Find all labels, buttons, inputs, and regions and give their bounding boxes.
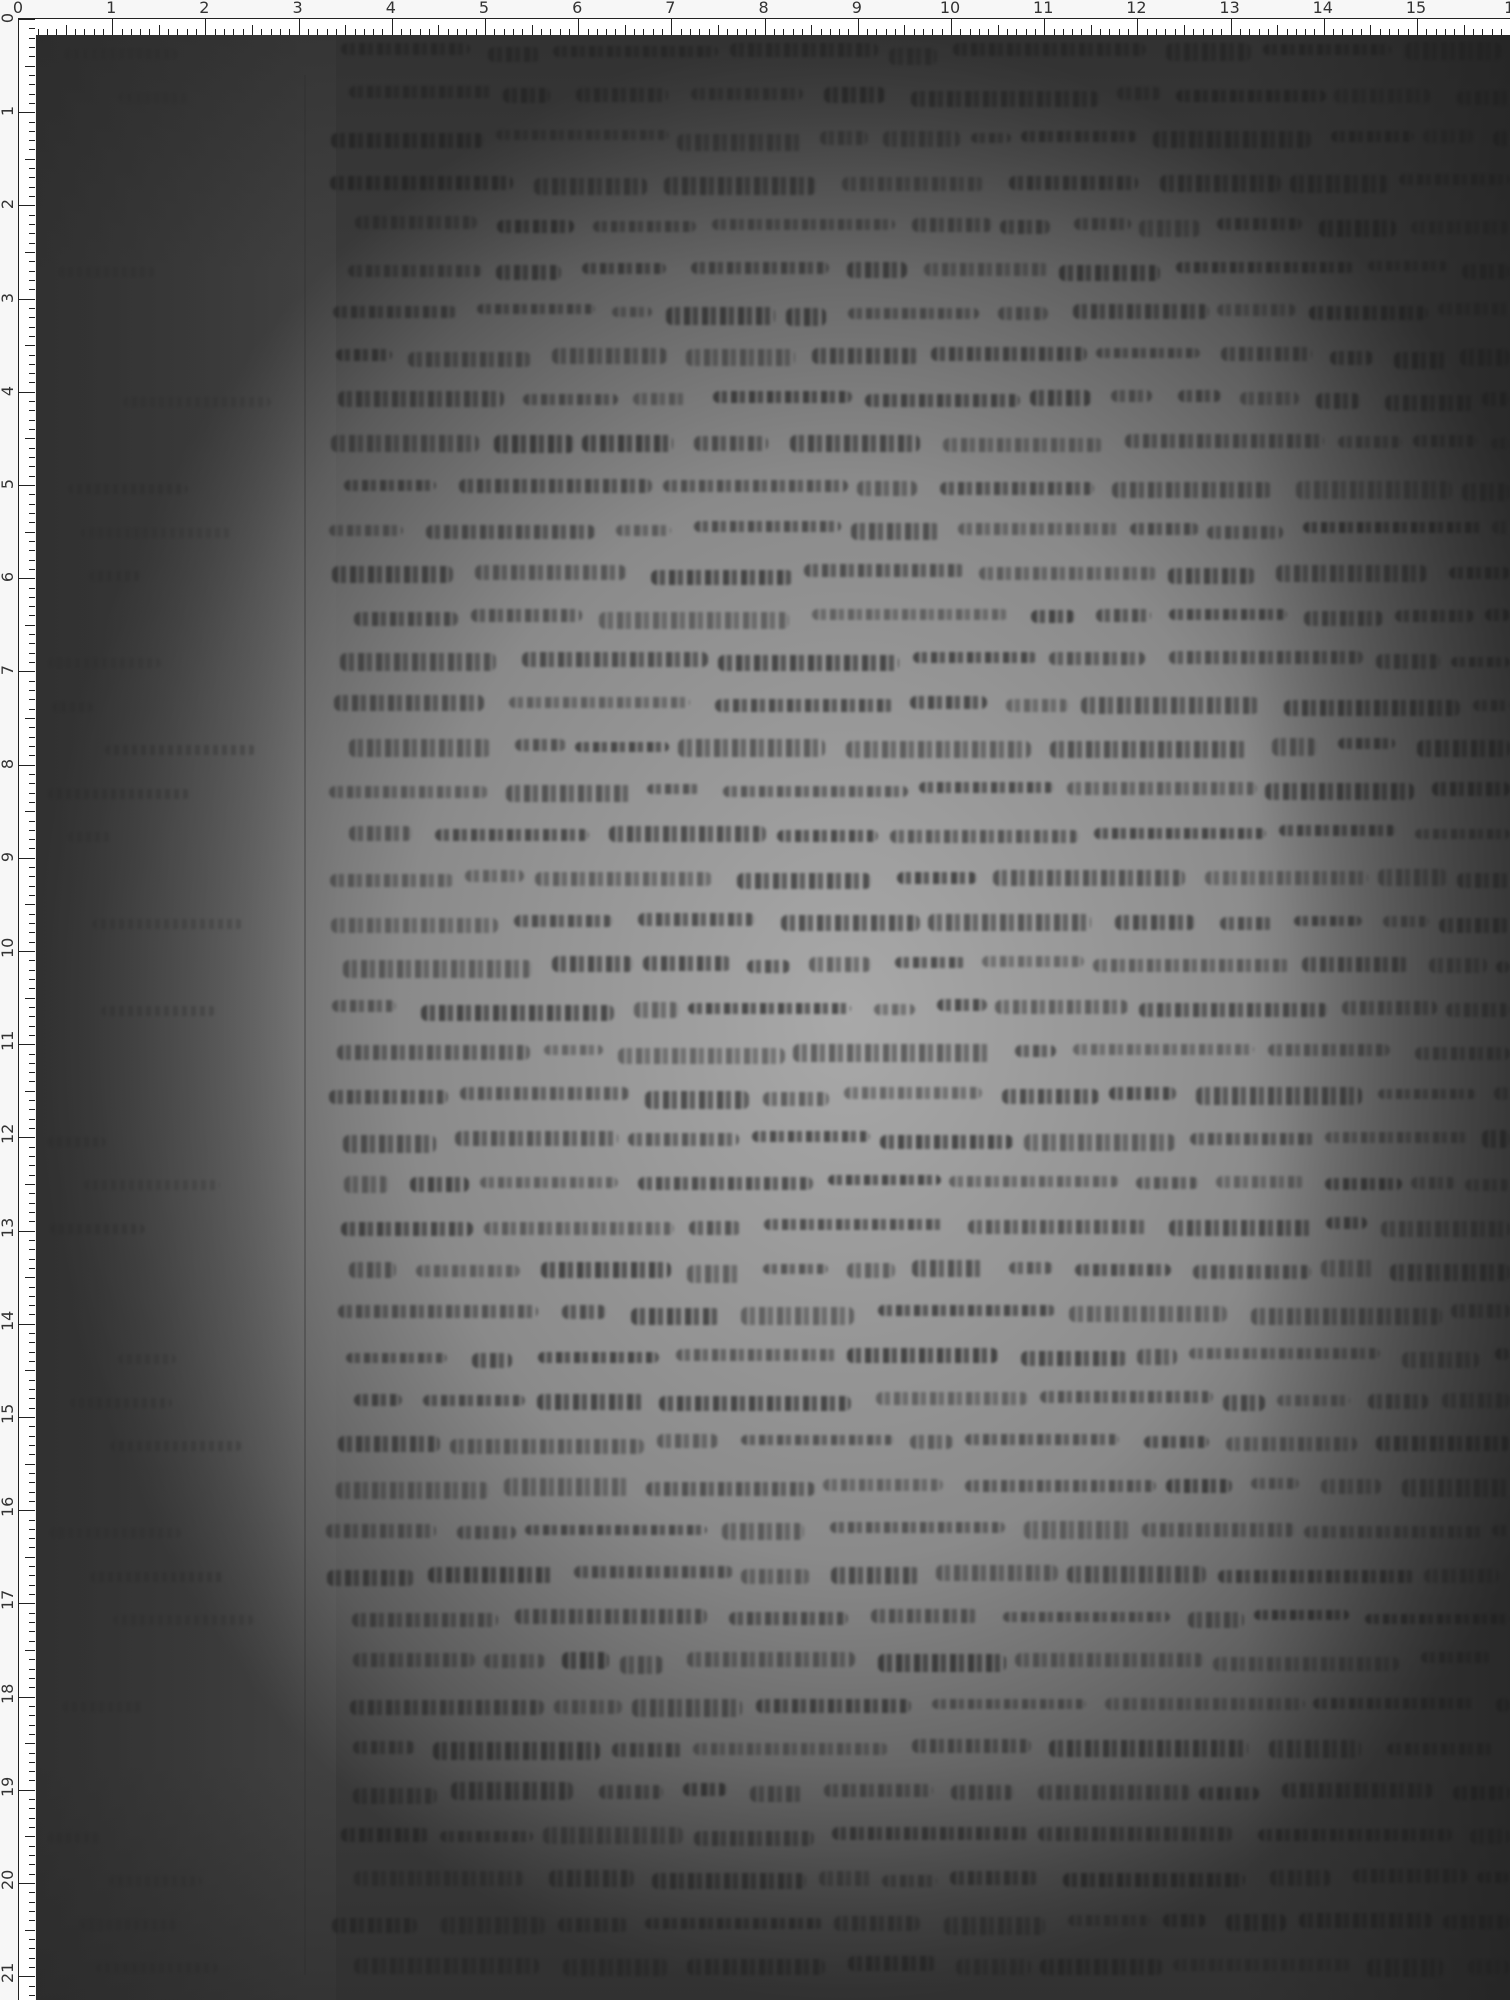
- ruler-tick: [25, 998, 35, 999]
- handwritten-word: [1491, 438, 1510, 449]
- handwritten-word: [1169, 651, 1364, 664]
- ruler-label: 11: [0, 1035, 16, 1051]
- handwritten-word: [718, 655, 899, 671]
- ruler-tick: [1464, 25, 1465, 35]
- handwritten-word: [1477, 1872, 1510, 1883]
- ruler-tick: [29, 1734, 35, 1735]
- handwritten-word: [1002, 1089, 1099, 1103]
- handwritten-word: [928, 914, 1092, 930]
- margin-annotation: [123, 397, 270, 407]
- handwritten-word: [857, 481, 917, 496]
- handwritten-word: [756, 1699, 911, 1713]
- handwritten-word: [936, 1565, 1057, 1581]
- handwritten-word: [1457, 873, 1510, 888]
- handwritten-word: [809, 957, 871, 972]
- ruler-tick: [29, 1128, 35, 1129]
- handwritten-word: [1188, 1612, 1244, 1627]
- handwritten-word: [1139, 220, 1199, 237]
- ruler-tick: [29, 932, 35, 933]
- handwritten-word: [1405, 42, 1501, 59]
- margin-annotation: [50, 1528, 181, 1538]
- handwritten-word: [687, 1652, 855, 1667]
- ruler-tick: [19, 1044, 35, 1045]
- ruler-tick: [29, 289, 35, 290]
- ruler-label: 13: [1219, 0, 1239, 16]
- handwritten-word: [1330, 351, 1373, 364]
- ruler-tick: [25, 1836, 35, 1837]
- handwritten-word: [1277, 1395, 1350, 1407]
- ruler-tick: [29, 634, 35, 635]
- ruler-tick: [29, 886, 35, 887]
- ruler-tick: [29, 364, 35, 365]
- handwritten-word: [593, 221, 696, 232]
- handwritten-word: [459, 479, 652, 493]
- handwritten-word: [1387, 1743, 1494, 1755]
- handwritten-word: [824, 1784, 932, 1797]
- handwritten-word: [1439, 918, 1510, 933]
- handwritten-word: [1221, 347, 1312, 361]
- ruler-tick: [345, 25, 346, 35]
- handwritten-word: [1442, 1393, 1510, 1408]
- ruler-tick: [29, 280, 35, 281]
- handwritten-word: [1342, 1001, 1437, 1015]
- handwritten-word: [326, 1524, 436, 1538]
- handwritten-word: [910, 1435, 953, 1449]
- handwritten-word: [1021, 131, 1137, 141]
- handwritten-word: [895, 957, 966, 968]
- handwritten-word: [1196, 1087, 1361, 1105]
- handwritten-word: [329, 1090, 447, 1104]
- handwritten-word: [620, 1656, 663, 1674]
- handwritten-word: [646, 1482, 814, 1496]
- handwritten-word: [488, 47, 541, 62]
- handwritten-word: [1263, 44, 1391, 55]
- handwritten-word: [633, 393, 687, 405]
- ruler-label: 15: [1406, 0, 1426, 16]
- handwritten-word: [965, 1480, 1156, 1492]
- ruler-tick: [29, 401, 35, 402]
- handwritten-word: [1482, 1130, 1510, 1147]
- handwritten-word: [515, 1609, 707, 1624]
- ruler-tick: [29, 727, 35, 728]
- handwritten-word: [1205, 871, 1367, 885]
- handwritten-word: [416, 1265, 520, 1277]
- handwritten-word: [1453, 1786, 1510, 1800]
- handwritten-word: [871, 1609, 978, 1622]
- handwritten-word: [1015, 1653, 1204, 1666]
- handwritten-word: [353, 1741, 415, 1753]
- handwritten-word: [1240, 392, 1299, 406]
- ruler-label: 10: [940, 0, 960, 16]
- handwritten-word: [331, 918, 497, 933]
- handwritten-word: [1166, 1479, 1232, 1493]
- handwritten-word: [730, 43, 878, 57]
- ruler-tick: [904, 25, 905, 35]
- handwritten-word: [1111, 390, 1152, 401]
- handwritten-word: [1049, 652, 1145, 665]
- handwritten-word: [1325, 1132, 1468, 1143]
- ruler-tick: [29, 1109, 35, 1110]
- ruler-tick: [29, 839, 35, 840]
- handwritten-word: [1411, 1177, 1456, 1189]
- ruler-tick: [1324, 19, 1325, 35]
- handwritten-word: [1153, 131, 1311, 148]
- handwritten-word: [659, 1396, 851, 1411]
- ruler-tick: [29, 1054, 35, 1055]
- handwritten-word: [599, 1785, 663, 1799]
- handwritten-word: [1321, 1260, 1375, 1277]
- handwritten-word: [336, 349, 392, 361]
- handwritten-word: [1075, 1264, 1170, 1277]
- handwritten-word: [1432, 782, 1510, 796]
- ruler-label: 2: [199, 0, 209, 16]
- handwritten-word: [951, 1785, 1013, 1800]
- margin-annotation: [68, 832, 110, 842]
- ruler-tick: [1137, 19, 1138, 35]
- ruler-tick: [19, 112, 35, 113]
- handwritten-word: [937, 999, 987, 1011]
- ruler-tick: [29, 1072, 35, 1073]
- ruler-tick: [29, 1147, 35, 1148]
- ruler-tick: [25, 1464, 35, 1465]
- handwritten-word: [330, 176, 514, 190]
- handwritten-word: [949, 1176, 1119, 1187]
- handwritten-word: [575, 742, 669, 752]
- ruler-tick: [29, 177, 35, 178]
- handwritten-word: [1395, 610, 1474, 622]
- handwritten-word: [1109, 1087, 1175, 1100]
- handwritten-word: [979, 567, 1157, 579]
- handwritten-word: [943, 438, 1103, 453]
- ruler-tick: [25, 1930, 35, 1931]
- handwritten-word: [965, 1434, 1119, 1445]
- handwritten-word: [1217, 304, 1296, 317]
- ruler-tick: [19, 1137, 35, 1138]
- margin-annotation: [59, 267, 157, 277]
- ruler-tick: [29, 271, 35, 272]
- ruler-tick: [29, 830, 35, 831]
- handwritten-word: [982, 956, 1084, 968]
- ruler-tick: [25, 438, 35, 439]
- ruler-tick: [25, 904, 35, 905]
- handwritten-word: [1168, 568, 1256, 584]
- handwritten-word: [349, 86, 493, 98]
- handwritten-word: [830, 1522, 1005, 1534]
- handwritten-word: [1411, 221, 1510, 234]
- ruler-tick: [19, 1976, 35, 1977]
- margin-annotation: [92, 919, 243, 929]
- ruler-label: 1: [106, 0, 116, 16]
- handwritten-word: [715, 699, 895, 712]
- handwritten-word: [346, 1353, 447, 1364]
- handwritten-word: [1021, 1351, 1127, 1366]
- ruler-label: 20: [0, 1874, 16, 1890]
- handwritten-word: [514, 915, 613, 927]
- ruler-label: 17: [0, 1594, 16, 1610]
- ruler-tick: [29, 47, 35, 48]
- ruler-label: 5: [479, 0, 489, 16]
- ruler-tick: [29, 513, 35, 514]
- handwritten-word: [440, 1831, 532, 1842]
- handwritten-word: [1096, 348, 1200, 358]
- handwritten-word: [1473, 700, 1510, 710]
- left-ruler: [18, 18, 35, 2000]
- handwritten-word: [332, 566, 454, 582]
- ruler-label: 5: [0, 476, 16, 492]
- handwritten-word: [944, 1917, 1045, 1935]
- handwritten-word: [496, 265, 561, 280]
- margin-annotation: [84, 1180, 219, 1190]
- handwritten-word: [1024, 1521, 1130, 1539]
- ruler-tick: [19, 765, 35, 766]
- handwritten-word: [541, 1262, 670, 1278]
- ruler-tick: [765, 19, 766, 35]
- handwritten-word: [729, 1612, 849, 1625]
- handwritten-word: [1446, 1003, 1510, 1016]
- handwritten-word: [343, 1135, 436, 1152]
- ruler-tick: [29, 75, 35, 76]
- ruler-tick: [671, 19, 672, 35]
- ruler-tick: [718, 25, 719, 35]
- handwritten-word: [343, 960, 532, 978]
- ruler-tick: [29, 1771, 35, 1772]
- ruler-tick: [29, 699, 35, 700]
- ruler-tick: [29, 1333, 35, 1334]
- handwritten-word: [834, 1916, 919, 1930]
- ruler-tick: [29, 1641, 35, 1642]
- ruler-tick: [532, 25, 533, 35]
- ruler-tick: [205, 19, 206, 35]
- handwritten-word: [348, 265, 482, 277]
- handwritten-word: [1220, 917, 1273, 930]
- handwritten-word: [677, 134, 803, 151]
- ruler-label: 16: [0, 1501, 16, 1517]
- handwritten-word: [1144, 1436, 1209, 1449]
- handwritten-word: [958, 523, 1120, 535]
- handwritten-word: [1321, 1479, 1382, 1494]
- ruler-tick: [1277, 25, 1278, 35]
- handwritten-word: [790, 435, 920, 451]
- handwritten-word: [552, 348, 666, 364]
- margin-annotation: [80, 528, 230, 538]
- handwritten-word: [1081, 697, 1259, 714]
- margin-annotation: [52, 702, 93, 712]
- ruler-tick: [29, 420, 35, 421]
- handwritten-word: [831, 1567, 919, 1584]
- ruler-tick: [1231, 19, 1232, 35]
- handwritten-word: [1443, 1915, 1510, 1929]
- ruler-tick: [29, 94, 35, 95]
- ruler-tick: [29, 755, 35, 756]
- handwritten-word: [1462, 264, 1510, 279]
- ruler-tick: [29, 1892, 35, 1893]
- ruler-tick: [29, 410, 35, 411]
- handwritten-word: [844, 1087, 982, 1100]
- handwritten-word: [1050, 741, 1249, 759]
- handwritten-word: [956, 1959, 1031, 1974]
- handwritten-word: [912, 218, 992, 232]
- handwritten-word: [691, 262, 828, 275]
- ruler-tick: [29, 643, 35, 644]
- ruler-tick: [29, 1203, 35, 1204]
- handwritten-word: [638, 913, 755, 927]
- handwritten-word: [1331, 131, 1414, 142]
- handwritten-word: [824, 87, 885, 103]
- ruler-tick: [19, 485, 35, 486]
- handwritten-word: [1299, 1913, 1433, 1928]
- handwritten-word: [1009, 176, 1138, 189]
- handwritten-word: [683, 1783, 727, 1796]
- ruler-tick: [1091, 25, 1092, 35]
- handwritten-word: [628, 1133, 738, 1146]
- ruler-label: 15: [0, 1408, 16, 1424]
- handwritten-word: [1223, 1395, 1265, 1411]
- handwritten-word: [329, 786, 488, 798]
- handwritten-word: [582, 435, 673, 452]
- handwritten-word: [496, 130, 669, 140]
- handwritten-word: [341, 1222, 473, 1236]
- ruler-tick: [29, 140, 35, 141]
- ruler-tick: [29, 979, 35, 980]
- handwritten-word: [1269, 1740, 1362, 1757]
- handwritten-word: [1492, 521, 1510, 534]
- handwritten-word: [1226, 1437, 1357, 1451]
- ruler-tick: [29, 746, 35, 747]
- ruler-tick: [29, 1659, 35, 1660]
- handwritten-word: [1254, 1610, 1349, 1620]
- ruler-tick: [25, 532, 35, 533]
- handwritten-word: [506, 785, 632, 802]
- handwritten-word: [1190, 1133, 1315, 1145]
- handwritten-word: [554, 1700, 622, 1714]
- handwritten-word: [1226, 1914, 1286, 1932]
- ruler-tick: [19, 951, 35, 952]
- ruler-tick: [29, 1287, 35, 1288]
- ruler-label: 3: [0, 290, 16, 306]
- handwritten-word: [1376, 654, 1440, 669]
- handwritten-word: [1417, 740, 1510, 757]
- handwritten-word: [1117, 87, 1161, 100]
- handwritten-word: [441, 1917, 546, 1933]
- handwritten-word: [355, 216, 477, 229]
- handwritten-word: [1313, 1698, 1473, 1709]
- handwritten-word: [910, 696, 987, 709]
- ruler-tick: [29, 1026, 35, 1027]
- ruler-tick: [29, 1547, 35, 1548]
- ruler-label: 4: [0, 383, 16, 399]
- ruler-tick: [29, 1874, 35, 1875]
- handwritten-word: [1492, 1525, 1510, 1537]
- handwritten-word: [472, 1353, 512, 1368]
- handwritten-word: [876, 1392, 1028, 1406]
- ruler-tick: [29, 1100, 35, 1101]
- handwritten-word: [694, 521, 841, 533]
- handwritten-word: [612, 1743, 683, 1757]
- ruler-tick: [29, 1902, 35, 1903]
- handwritten-word: [793, 1044, 991, 1061]
- ruler-tick: [858, 19, 859, 35]
- handwritten-word: [480, 1177, 617, 1188]
- handwritten-word: [338, 1436, 440, 1453]
- ruler-label: 1: [1504, 0, 1510, 16]
- handwritten-word: [1207, 526, 1283, 539]
- handwritten-word: [410, 1177, 469, 1192]
- handwritten-word: [544, 1045, 602, 1055]
- handwritten-word: [1415, 829, 1510, 840]
- margin-annotation: [89, 571, 141, 581]
- ruler-tick: [811, 25, 812, 35]
- handwritten-word: [878, 1654, 1006, 1672]
- ruler-tick: [29, 448, 35, 449]
- handwritten-word: [523, 394, 618, 405]
- margin-annotation: [48, 789, 191, 799]
- ruler-tick: [29, 737, 35, 738]
- handwritten-word: [1068, 1915, 1151, 1926]
- ruler-tick: [29, 261, 35, 262]
- handwritten-word: [354, 1958, 538, 1974]
- handwritten-word: [953, 43, 1146, 56]
- handwritten-word: [497, 220, 574, 232]
- handwritten-word: [353, 1653, 475, 1667]
- handwritten-word: [812, 609, 1008, 620]
- handwritten-word: [1130, 523, 1199, 535]
- handwritten-word: [995, 1000, 1128, 1014]
- handwritten-word: [1096, 609, 1151, 621]
- handwritten-word: [1303, 522, 1483, 533]
- ruler-tick: [29, 802, 35, 803]
- ruler-tick: [29, 1622, 35, 1623]
- handwritten-word: [1390, 1264, 1510, 1281]
- ruler-tick: [29, 1436, 35, 1437]
- handwritten-word: [781, 915, 920, 931]
- handwritten-word: [1449, 567, 1510, 578]
- ruler-label: 19: [0, 1781, 16, 1797]
- ruler-label: 7: [0, 662, 16, 678]
- manuscript-photo: [36, 35, 1510, 2000]
- ruler-tick: [19, 578, 35, 579]
- handwritten-word: [353, 1788, 437, 1804]
- ruler-tick: [29, 1259, 35, 1260]
- ruler-tick: [29, 1352, 35, 1353]
- ruler-tick: [29, 560, 35, 561]
- handwritten-word: [1176, 90, 1326, 102]
- handwritten-word: [1462, 483, 1510, 501]
- handwritten-word: [645, 1918, 823, 1929]
- ruler-tick: [29, 336, 35, 337]
- ruler-tick: [29, 224, 35, 225]
- handwritten-word: [1353, 1869, 1467, 1882]
- handwritten-word: [1213, 1657, 1399, 1671]
- ruler-tick: [29, 1501, 35, 1502]
- ruler-label: 21: [0, 1967, 16, 1983]
- handwritten-word: [349, 1262, 396, 1278]
- handwritten-word: [686, 349, 795, 366]
- ruler-tick: [112, 19, 113, 35]
- ruler-tick: [29, 1911, 35, 1912]
- ruler-label: 8: [0, 756, 16, 772]
- ruler-tick: [29, 1967, 35, 1968]
- ruler-tick: [29, 1305, 35, 1306]
- ruler-tick: [19, 1324, 35, 1325]
- handwritten-word: [820, 131, 868, 145]
- handwritten-word: [484, 1654, 545, 1668]
- ruler-tick: [29, 550, 35, 551]
- handwritten-word: [338, 1305, 538, 1318]
- ruler-label: 12: [0, 1128, 16, 1144]
- handwritten-word: [694, 436, 767, 452]
- handwritten-word: [1378, 1089, 1476, 1100]
- ruler-tick: [29, 1762, 35, 1763]
